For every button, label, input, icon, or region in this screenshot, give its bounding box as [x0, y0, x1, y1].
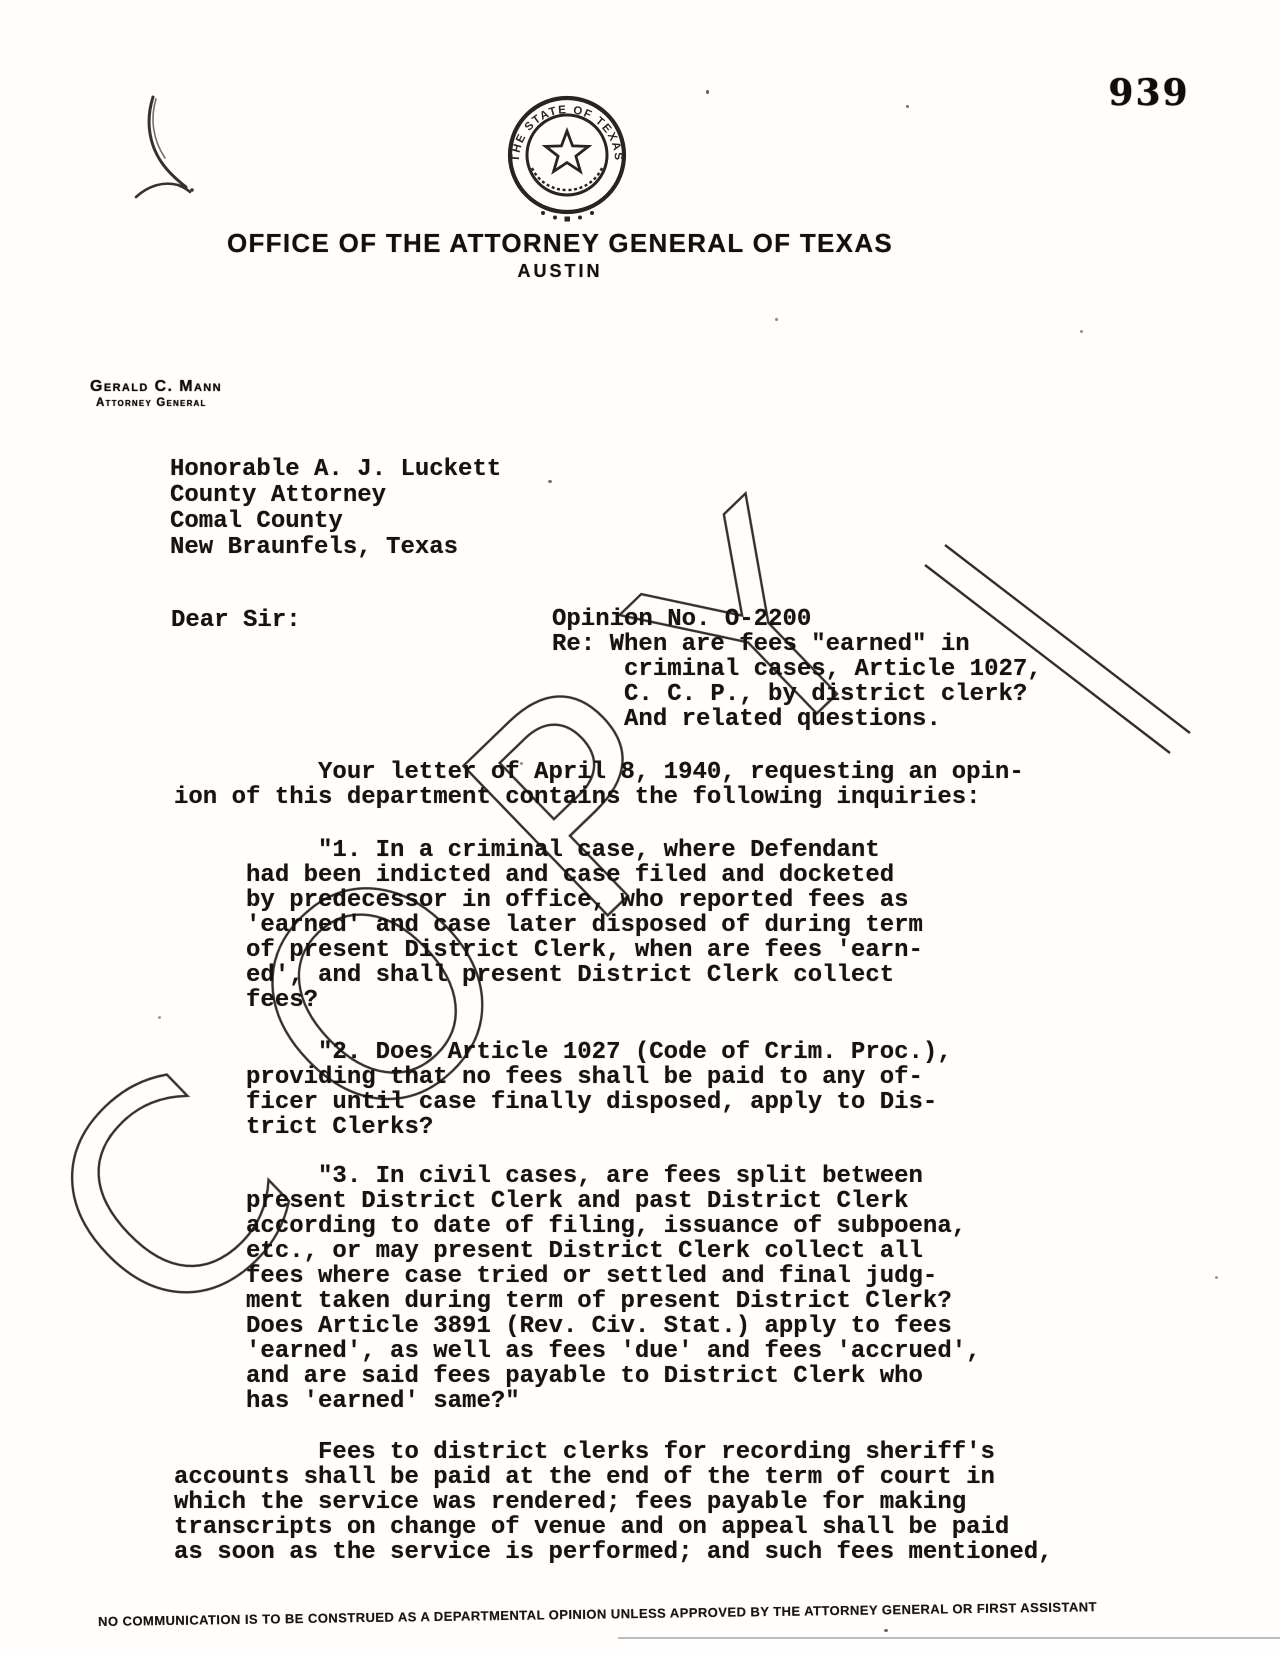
text-line: Honorable A. J. Luckett — [170, 457, 501, 483]
text-line: trict Clerks? — [174, 1115, 952, 1140]
text-line: ment taken during term of present Distri… — [174, 1289, 981, 1314]
paragraph-inquiry-1: "1. In a criminal case, where Defendant … — [174, 838, 923, 1013]
scan-speck — [520, 762, 523, 765]
text-line: ficer until case finally disposed, apply… — [174, 1090, 952, 1115]
scanned-letter-page: 939 THE STATE OF TEXAS — [0, 0, 1280, 1654]
text-line: has 'earned' same?" — [174, 1389, 981, 1414]
ink-mark — [120, 85, 220, 210]
text-line: Opinion No. O-2200 — [552, 607, 1042, 632]
text-line: Dear Sir: — [171, 608, 301, 633]
text-line: etc., or may present District Clerk coll… — [174, 1239, 981, 1264]
attorney-general-title: Attorney General — [96, 397, 207, 409]
text-line: fees where case tried or settled and fin… — [174, 1264, 981, 1289]
text-line: "2. Does Article 1027 (Code of Crim. Pro… — [174, 1040, 952, 1065]
text-line: accounts shall be paid at the end of the… — [174, 1465, 1053, 1490]
scan-speck — [884, 1629, 888, 1632]
recipient-address: Honorable A. J. LuckettCounty AttorneyCo… — [170, 457, 501, 561]
text-line: ed', and shall present District Clerk co… — [174, 963, 923, 988]
footer-disclaimer: NO COMMUNICATION IS TO BE CONSTRUED AS A… — [98, 1600, 1058, 1629]
salutation: Dear Sir: — [171, 608, 301, 633]
text-line: as soon as the service is performed; and… — [174, 1540, 1053, 1565]
opinion-reference: Opinion No. O-2200Re: When are fees "ear… — [552, 607, 1042, 732]
text-line: County Attorney — [170, 483, 501, 509]
text-line: criminal cases, Article 1027, — [552, 657, 1042, 682]
office-city: AUSTIN — [0, 261, 1120, 282]
text-line: of present District Clerk, when are fees… — [174, 938, 923, 963]
text-line: Does Article 3891 (Rev. Civ. Stat.) appl… — [174, 1314, 981, 1339]
scan-edge-line — [618, 1637, 1280, 1639]
text-line: And related questions. — [552, 707, 1042, 732]
text-line: transcripts on change of venue and on ap… — [174, 1515, 1053, 1540]
scan-speck — [775, 318, 778, 321]
text-line: C. C. P., by district clerk? — [552, 682, 1042, 707]
text-line: Your letter of April 8, 1940, requesting… — [174, 760, 1024, 785]
text-line: New Braunfels, Texas — [170, 535, 501, 561]
text-line: ion of this department contains the foll… — [174, 785, 1024, 810]
scan-speck — [158, 1016, 161, 1019]
scan-speck — [706, 90, 709, 94]
text-line: according to date of filing, issuance of… — [174, 1214, 981, 1239]
paragraph-intro: Your letter of April 8, 1940, requesting… — [174, 760, 1024, 810]
text-line: present District Clerk and past District… — [174, 1189, 981, 1214]
text-line: fees? — [174, 988, 923, 1013]
paragraph-answer: Fees to district clerks for recording sh… — [174, 1440, 1053, 1565]
text-line: Comal County — [170, 509, 501, 535]
scan-speck — [1080, 330, 1083, 333]
attorney-general-name: Gerald C. Mann — [90, 378, 222, 396]
text-line: 'earned' and case later disposed of duri… — [174, 913, 923, 938]
text-line: Re: When are fees "earned" in — [552, 632, 1042, 657]
paragraph-inquiry-3: "3. In civil cases, are fees split betwe… — [174, 1164, 981, 1414]
office-title: OFFICE OF THE ATTORNEY GENERAL OF TEXAS — [0, 228, 1120, 259]
text-line: providing that no fees shall be paid to … — [174, 1065, 952, 1090]
text-line: Fees to district clerks for recording sh… — [174, 1440, 1053, 1465]
scan-speck — [1215, 1276, 1218, 1279]
page-number: 939 — [1104, 72, 1194, 114]
text-line: had been indicted and case filed and doc… — [174, 863, 923, 888]
text-line: by predecessor in office, who reported f… — [174, 888, 923, 913]
seal-star-icon — [546, 131, 589, 172]
texas-state-seal-icon: THE STATE OF TEXAS — [492, 80, 642, 230]
text-line: "1. In a criminal case, where Defendant — [174, 838, 923, 863]
text-line: 'earned', as well as fees 'due' and fees… — [174, 1339, 981, 1364]
text-line: which the service was rendered; fees pay… — [174, 1490, 1053, 1515]
scan-speck — [548, 480, 552, 483]
text-line: "3. In civil cases, are fees split betwe… — [174, 1164, 981, 1189]
paragraph-inquiry-2: "2. Does Article 1027 (Code of Crim. Pro… — [174, 1040, 952, 1140]
text-line: and are said fees payable to District Cl… — [174, 1364, 981, 1389]
scan-speck — [906, 105, 909, 108]
